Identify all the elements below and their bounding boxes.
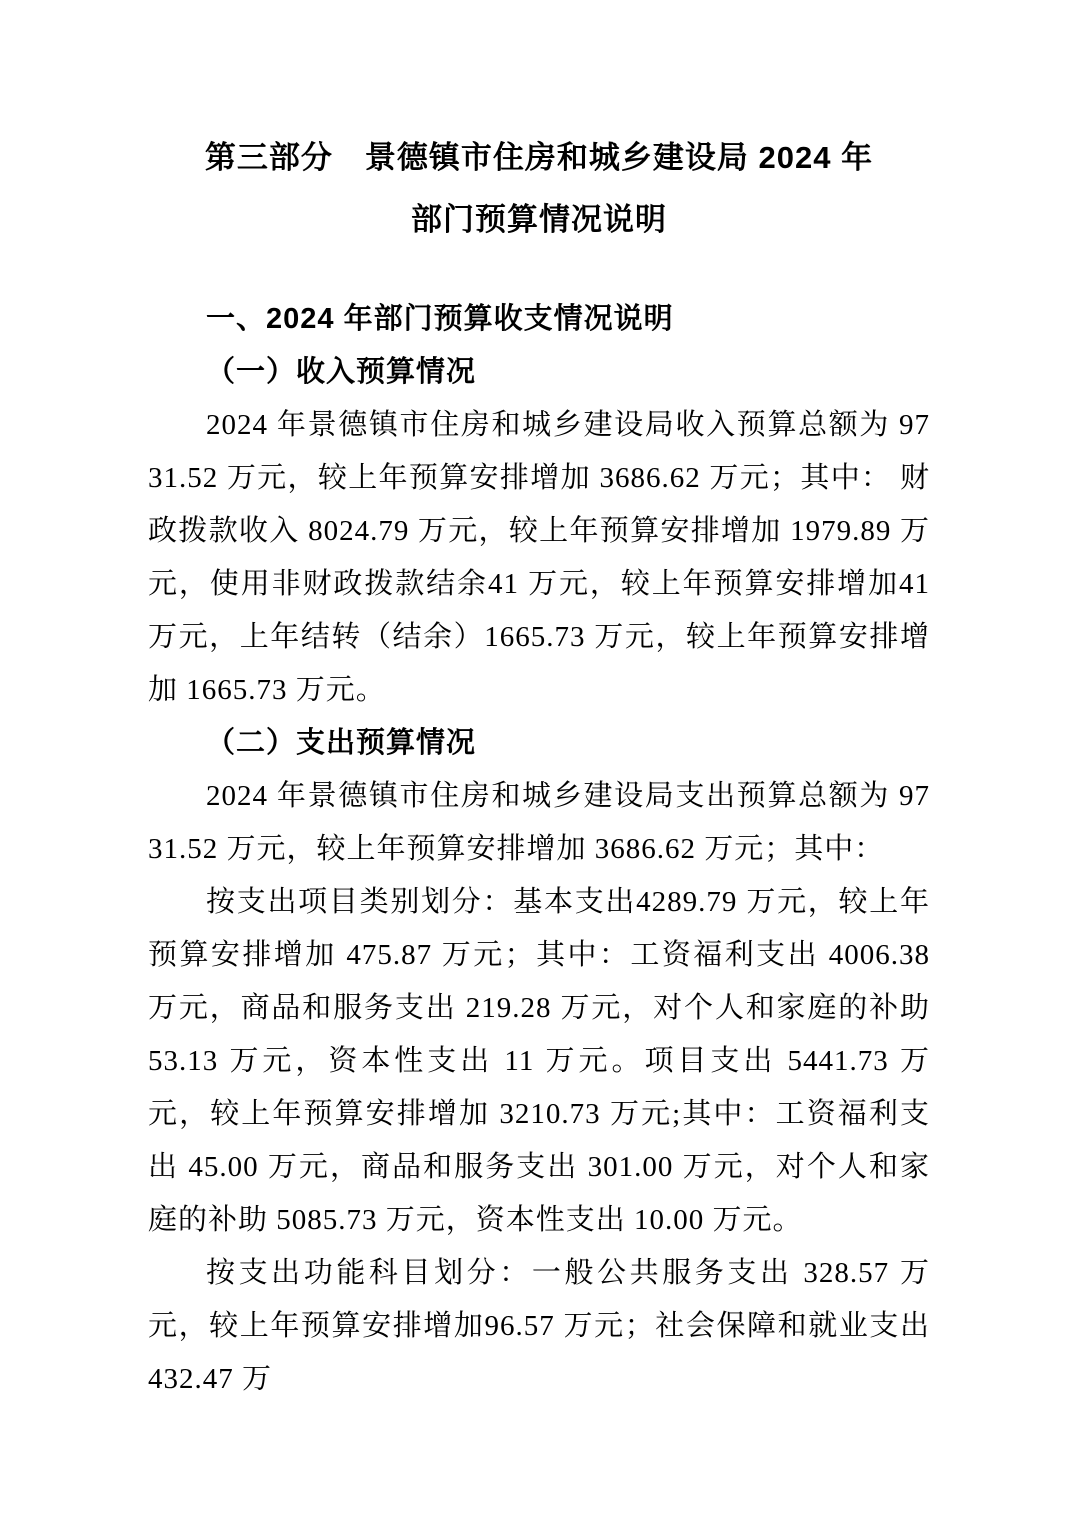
document-page: 第三部分 景德镇市住房和城乡建设局 2024 年 部门预算情况说明 一、2024… — [0, 0, 1074, 1520]
paragraph-income-budget: 2024 年景德镇市住房和城乡建设局收入预算总额为 9731.52 万元，较上年… — [148, 399, 930, 717]
section-heading-budget-overview: 一、2024 年部门预算收支情况说明 — [148, 293, 930, 346]
document-title: 第三部分 景德镇市住房和城乡建设局 2024 年 部门预算情况说明 — [148, 127, 930, 251]
document-title-line-2: 部门预算情况说明 — [148, 189, 930, 251]
paragraph-expenditure-total: 2024 年景德镇市住房和城乡建设局支出预算总额为 9731.52 万元，较上年… — [148, 770, 930, 876]
document-title-line-1: 第三部分 景德镇市住房和城乡建设局 2024 年 — [148, 127, 930, 189]
subsection-heading-expenditure-budget: （二）支出预算情况 — [148, 717, 930, 770]
paragraph-expenditure-by-category: 按支出项目类别划分：基本支出4289.79 万元，较上年预算安排增加 475.8… — [148, 876, 930, 1247]
paragraph-expenditure-by-function: 按支出功能科目划分：一般公共服务支出 328.57 万元，较上年预算安排增加96… — [148, 1247, 930, 1406]
subsection-heading-income-budget: （一）收入预算情况 — [148, 346, 930, 399]
